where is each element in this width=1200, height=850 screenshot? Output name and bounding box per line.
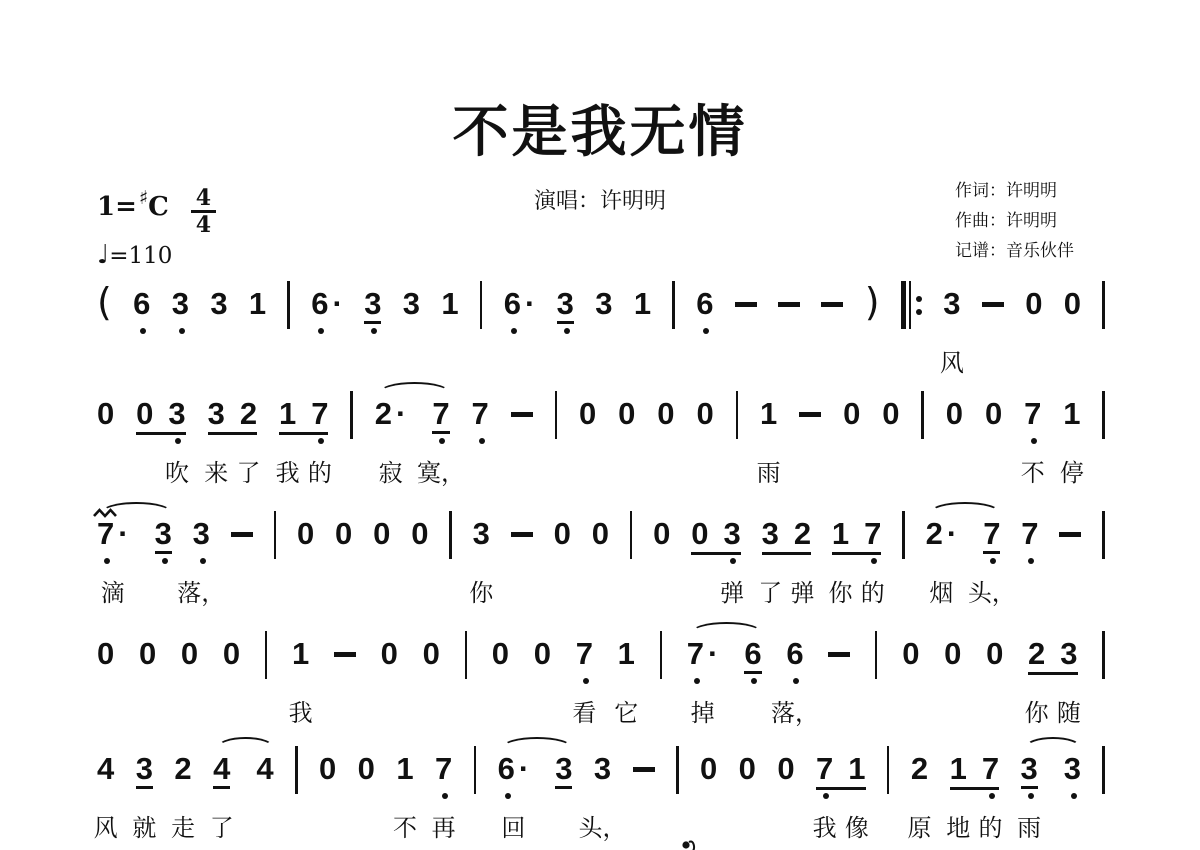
note-digit: 7: [982, 753, 999, 786]
note: 7: [472, 398, 489, 432]
note-digit: 4: [213, 753, 230, 789]
note: 0: [335, 518, 352, 552]
note-digit: 7: [864, 518, 881, 551]
note: 0: [700, 753, 717, 787]
sharp-icon: ♯: [139, 187, 148, 209]
note: 0: [843, 398, 860, 432]
time-numerator: 4: [191, 186, 216, 213]
note-digit: 3: [168, 398, 185, 431]
octave-dot: [1071, 793, 1077, 799]
lyric: 滴: [101, 573, 125, 608]
note: 6·: [504, 288, 536, 322]
credit-composer: 作曲：许明明: [955, 206, 1074, 236]
credit-lyricist: 作词：许明明: [955, 176, 1074, 206]
note-digit: 1: [292, 638, 309, 671]
augmentation-dot: ·: [333, 286, 343, 321]
note-digit: 6: [696, 288, 713, 321]
barline: [736, 391, 739, 439]
note: 0: [554, 518, 571, 552]
tempo-value: =110: [109, 243, 172, 269]
augmentation-dot: ·: [525, 286, 535, 321]
note-digit: 7: [816, 753, 833, 786]
note: 3: [210, 288, 227, 322]
note-digit: 0: [777, 753, 794, 786]
note-digit: 1: [848, 753, 865, 786]
lyric: 我: [276, 453, 300, 488]
lyric: 风: [94, 808, 118, 843]
note-digit: 2: [1028, 638, 1045, 671]
note: 7·掉: [687, 638, 719, 672]
beam-group: 3了2弹: [762, 518, 812, 555]
lyric: 雨: [1017, 808, 1041, 843]
note: 6: [744, 638, 761, 672]
barline: [875, 631, 878, 679]
barline: [672, 281, 675, 329]
lyric: 我: [289, 693, 313, 728]
lyric: 的: [978, 808, 1002, 843]
octave-dot: [703, 328, 709, 334]
lyric: 的: [861, 573, 885, 608]
note-digit: 3: [172, 288, 189, 321]
score-line: 003吹3来2了1我7的2·寂7寞，700001雨00007不1停: [97, 398, 1105, 498]
barline: [887, 746, 890, 794]
octave-dot: [479, 438, 485, 444]
note: 3弹: [723, 518, 740, 552]
barline: [902, 511, 905, 559]
note-digit: 3: [595, 288, 612, 321]
note: 3: [1064, 753, 1081, 787]
note: 2·寂: [375, 398, 407, 432]
note-digit: 7: [432, 398, 449, 434]
octave-dot: [694, 678, 700, 684]
dash-note: [799, 412, 821, 417]
lyric: 你: [1025, 693, 1049, 728]
song-title: 不是我无情: [0, 88, 1200, 168]
octave-dot: [371, 328, 377, 334]
barline: [676, 746, 679, 794]
lyric: 掉: [691, 693, 715, 728]
note: 0: [358, 753, 375, 787]
augmentation-dot: ·: [396, 396, 406, 431]
note-digit: 0: [700, 753, 717, 786]
score-line: 7·滴33落，00003你00003弹3了2弹1你7的2·烟7头，7: [97, 518, 1105, 618]
note: 3: [557, 288, 574, 322]
note-digit: 0: [653, 518, 670, 551]
note-digit: 4: [97, 753, 114, 786]
note: 0: [882, 398, 899, 432]
note-digit: 2·: [375, 398, 407, 431]
note-digit: 3: [1064, 753, 1081, 786]
cutoff-ornament-icon: [680, 839, 698, 850]
dash-note: [633, 767, 655, 772]
barline: [295, 746, 298, 794]
lyric: 它: [614, 693, 638, 728]
note-digit: 3: [473, 518, 490, 551]
note-digit: 7: [435, 753, 452, 786]
note-digit: 4: [256, 753, 273, 786]
note-digit: 1: [396, 753, 413, 786]
lyric: 看: [572, 693, 596, 728]
octave-dot: [104, 558, 110, 564]
octave-dot: [989, 793, 995, 799]
barline: [921, 391, 924, 439]
note: 3随: [1060, 638, 1077, 672]
barline: [555, 391, 558, 439]
note: 0: [411, 518, 428, 552]
note-digit: 0: [381, 638, 398, 671]
octave-dot: [439, 438, 445, 444]
note-digit: 0: [373, 518, 390, 551]
note-digit: 1: [832, 518, 849, 551]
slur-group: 7·掉6: [687, 638, 762, 672]
note-digit: 3: [943, 288, 960, 321]
lyric: 吹: [165, 453, 189, 488]
note: 2弹: [794, 518, 811, 552]
beam-group: 03吹: [136, 398, 186, 435]
note: 0: [381, 638, 398, 672]
note: 2你: [1028, 638, 1045, 672]
note-digit: 1: [441, 288, 458, 321]
note: 7我: [816, 753, 833, 787]
note-digit: 0: [335, 518, 352, 551]
credit-transcriber: 记谱：音乐伙伴: [955, 236, 1074, 266]
octave-dot: [793, 678, 799, 684]
note-digit: 0: [902, 638, 919, 671]
octave-dot: [730, 558, 736, 564]
dash-note: [334, 652, 356, 657]
note: 2走: [174, 753, 191, 787]
lyric: 回: [501, 808, 525, 843]
note-digit: 0: [657, 398, 674, 431]
note: 6落，: [786, 638, 803, 672]
note: 2了: [240, 398, 257, 432]
note-digit: 3: [723, 518, 740, 551]
note: 1它: [618, 638, 635, 672]
octave-dot: [511, 328, 517, 334]
parenthesis: ): [865, 283, 880, 321]
dash-note: [821, 302, 843, 307]
note: 1停: [1063, 398, 1080, 432]
dash-note: [828, 652, 850, 657]
lyric: 再: [432, 808, 456, 843]
note: 4风: [97, 753, 114, 787]
note-digit: 0: [985, 398, 1002, 431]
dash-note: [735, 302, 757, 307]
note-digit: 7: [311, 398, 328, 431]
note-digit: 0: [579, 398, 596, 431]
note: 0: [657, 398, 674, 432]
barline: [660, 631, 663, 679]
augmentation-dot: ·: [118, 516, 128, 551]
note: 3风: [943, 288, 960, 322]
note-digit: 7: [472, 398, 489, 431]
octave-dot: [179, 328, 185, 334]
note: 4: [256, 753, 273, 787]
note: 3了: [762, 518, 779, 552]
barline: [474, 746, 477, 794]
note-digit: 3: [594, 753, 611, 786]
note-digit: 7: [576, 638, 593, 671]
octave-dot: [175, 438, 181, 444]
note: 3头，: [594, 753, 611, 787]
lyric: 落，: [771, 693, 819, 728]
augmentation-dot: ·: [708, 636, 718, 671]
note-digit: 3: [1021, 753, 1038, 789]
beam-group: 2你3随: [1028, 638, 1078, 675]
note: 1我: [292, 638, 309, 672]
note-digit: 3: [208, 398, 225, 431]
dash-note: [511, 532, 533, 537]
note: 0: [534, 638, 551, 672]
repeat-thick-bar: [901, 281, 906, 329]
note: 0: [181, 638, 198, 672]
repeat-dot: [916, 296, 922, 302]
dash-note: [1059, 532, 1081, 537]
credits-block: 作词：许明明 作曲：许明明 记谱：音乐伙伴: [955, 176, 1074, 266]
lyric: 了: [236, 453, 260, 488]
note-digit: 7: [1021, 518, 1038, 551]
note: 0: [373, 518, 390, 552]
lyric: 的: [308, 453, 332, 488]
note-digit: 0: [181, 638, 198, 671]
note-digit: 3: [364, 288, 381, 324]
note: 4了: [213, 753, 230, 787]
lyric: 烟: [929, 573, 953, 608]
barline: [1102, 746, 1105, 794]
note: 3就: [136, 753, 153, 787]
note: 0: [97, 638, 114, 672]
mordent-icon: [93, 505, 117, 515]
note: 0: [579, 398, 596, 432]
note-digit: 0: [97, 638, 114, 671]
lyric: 我: [813, 808, 837, 843]
note: 0: [492, 638, 509, 672]
note: 0: [946, 398, 963, 432]
repeat-start-sign: [901, 281, 922, 329]
note: 7头，: [983, 518, 1000, 552]
lyric: 不: [393, 808, 417, 843]
note-digit: 2: [794, 518, 811, 551]
note-digit: 3: [210, 288, 227, 321]
lyric: 雨: [757, 453, 781, 488]
note: 6·回: [498, 753, 530, 787]
key-prefix: 1=: [97, 192, 137, 222]
lyric: 不: [1021, 453, 1045, 488]
note: 7寞，: [432, 398, 449, 432]
octave-dot: [200, 558, 206, 564]
note-digit: 2: [240, 398, 257, 431]
lyric: 寞，: [417, 453, 465, 488]
octave-dot: [505, 793, 511, 799]
tempo-marking: ♩=110: [97, 240, 172, 270]
note-digit: 0: [554, 518, 571, 551]
note-digit: 6: [133, 288, 150, 321]
augmentation-dot: ·: [519, 751, 529, 786]
note-digit: 0: [223, 638, 240, 671]
dash-note: [511, 412, 533, 417]
note: 7的: [982, 753, 999, 787]
note-digit: 0: [1064, 288, 1081, 321]
lyric: 落，: [177, 573, 225, 608]
note: 1: [441, 288, 458, 322]
lyric: 头，: [579, 808, 627, 843]
lyric: 随: [1057, 693, 1081, 728]
note-digit: 0: [534, 638, 551, 671]
note: 1: [249, 288, 266, 322]
note: 0: [592, 518, 609, 552]
time-denominator: 4: [191, 213, 216, 238]
time-signature: 4 4: [191, 186, 216, 238]
note-digit: 7: [1024, 398, 1041, 431]
barline: [350, 391, 353, 439]
note: 0: [696, 398, 713, 432]
note-digit: 1: [279, 398, 296, 431]
note-digit: 3: [557, 288, 574, 324]
note-digit: 0: [691, 518, 708, 551]
barline: [287, 281, 290, 329]
note-digit: 0: [297, 518, 314, 551]
note-digit: 0: [139, 638, 156, 671]
note: 3你: [473, 518, 490, 552]
note: 3落，: [193, 518, 210, 552]
note-digit: 2: [174, 753, 191, 786]
note-digit: 0: [592, 518, 609, 551]
note-digit: 6·: [504, 288, 536, 321]
quarter-note-icon: ♩: [97, 240, 109, 270]
note-digit: 0: [739, 753, 756, 786]
key-letter: C: [148, 192, 169, 222]
note-digit: 6·: [498, 753, 530, 786]
octave-dot: [871, 558, 877, 564]
note-digit: 0: [618, 398, 635, 431]
lyric: 就: [132, 808, 156, 843]
note: 0: [985, 398, 1002, 432]
lyric: 寂: [379, 453, 403, 488]
note-digit: 1: [950, 753, 967, 786]
lyric: 你: [829, 573, 853, 608]
lyric: 你: [469, 573, 493, 608]
note-digit: 3: [136, 753, 153, 789]
octave-dot: [318, 328, 324, 334]
note: 0: [319, 753, 336, 787]
note-digit: 0: [319, 753, 336, 786]
note-digit: 7·: [97, 518, 129, 551]
note: 0: [1064, 288, 1081, 322]
note: 0: [653, 518, 670, 552]
note: 0: [777, 753, 794, 787]
note-digit: 0: [843, 398, 860, 431]
note: 1雨: [760, 398, 777, 432]
octave-dot: [442, 793, 448, 799]
score-line: (63316·3316·3316)3风00: [97, 288, 1105, 388]
lyric: 走: [171, 808, 195, 843]
note-digit: 0: [1025, 288, 1042, 321]
note-digit: 0: [944, 638, 961, 671]
note-digit: 0: [136, 398, 153, 431]
note-digit: 0: [411, 518, 428, 551]
note-digit: 3: [555, 753, 572, 789]
beam-group: 1你7的: [832, 518, 882, 555]
note: 0: [423, 638, 440, 672]
barline: [1102, 391, 1105, 439]
note-digit: 1: [760, 398, 777, 431]
note-digit: 7·: [687, 638, 719, 671]
barline: [480, 281, 483, 329]
note-digit: 0: [696, 398, 713, 431]
note: 0: [136, 398, 153, 432]
note: 0: [97, 398, 114, 432]
note: 2·烟: [926, 518, 958, 552]
note: 7再: [435, 753, 452, 787]
note: 7的: [864, 518, 881, 552]
note: 0: [139, 638, 156, 672]
octave-dot: [990, 558, 996, 564]
barline: [265, 631, 268, 679]
barline: [1102, 631, 1105, 679]
lyric: 了: [210, 808, 234, 843]
note: 0: [618, 398, 635, 432]
slur-group: 2·烟7头，: [926, 518, 1001, 552]
note: 3: [595, 288, 612, 322]
parenthesis: (: [97, 283, 112, 321]
note-digit: 0: [946, 398, 963, 431]
repeat-dots: [916, 296, 922, 315]
note-digit: 2·: [926, 518, 958, 551]
note-digit: 1: [249, 288, 266, 321]
note-digit: 0: [492, 638, 509, 671]
note: 1: [634, 288, 651, 322]
note: 1不: [396, 753, 413, 787]
beam-group: 03弹: [691, 518, 741, 555]
lyric: 像: [845, 808, 869, 843]
note-digit: 0: [358, 753, 375, 786]
octave-dot: [1028, 793, 1034, 799]
lyric: 弹: [720, 573, 744, 608]
note-digit: 0: [423, 638, 440, 671]
note-digit: 0: [882, 398, 899, 431]
repeat-dot: [916, 309, 922, 315]
note-digit: 7: [983, 518, 1000, 554]
barline: [1102, 511, 1105, 559]
dash-note: [982, 302, 1004, 307]
slur-group: 2·寂7寞，: [375, 398, 450, 432]
score-line: 00001我00007看1它7·掉66落，0002你3随: [97, 638, 1105, 738]
lyric: 风: [940, 343, 964, 378]
lyric: 地: [946, 808, 970, 843]
note: 6: [133, 288, 150, 322]
note: 3: [155, 518, 172, 552]
note: 7看: [576, 638, 593, 672]
barline: [449, 511, 452, 559]
note-digit: 3: [403, 288, 420, 321]
note-digit: 3: [193, 518, 210, 551]
note-digit: 1: [618, 638, 635, 671]
note-digit: 3: [762, 518, 779, 551]
lyric: 了: [758, 573, 782, 608]
note: 6: [696, 288, 713, 322]
augmentation-dot: ·: [947, 516, 957, 551]
note: 7·滴: [97, 518, 129, 552]
note: 1你: [832, 518, 849, 552]
beam-group: 3来2了: [208, 398, 258, 435]
beam-group: 1地7的: [950, 753, 1000, 790]
note: 1我: [279, 398, 296, 432]
sheet-music-page: 不是我无情 演唱：许明明 作词：许明明 作曲：许明明 记谱：音乐伙伴 1=♯C …: [0, 0, 1200, 850]
note: 0: [944, 638, 961, 672]
lyric: 来: [204, 453, 228, 488]
note: 3吹: [168, 398, 185, 432]
note: 7: [1021, 518, 1038, 552]
